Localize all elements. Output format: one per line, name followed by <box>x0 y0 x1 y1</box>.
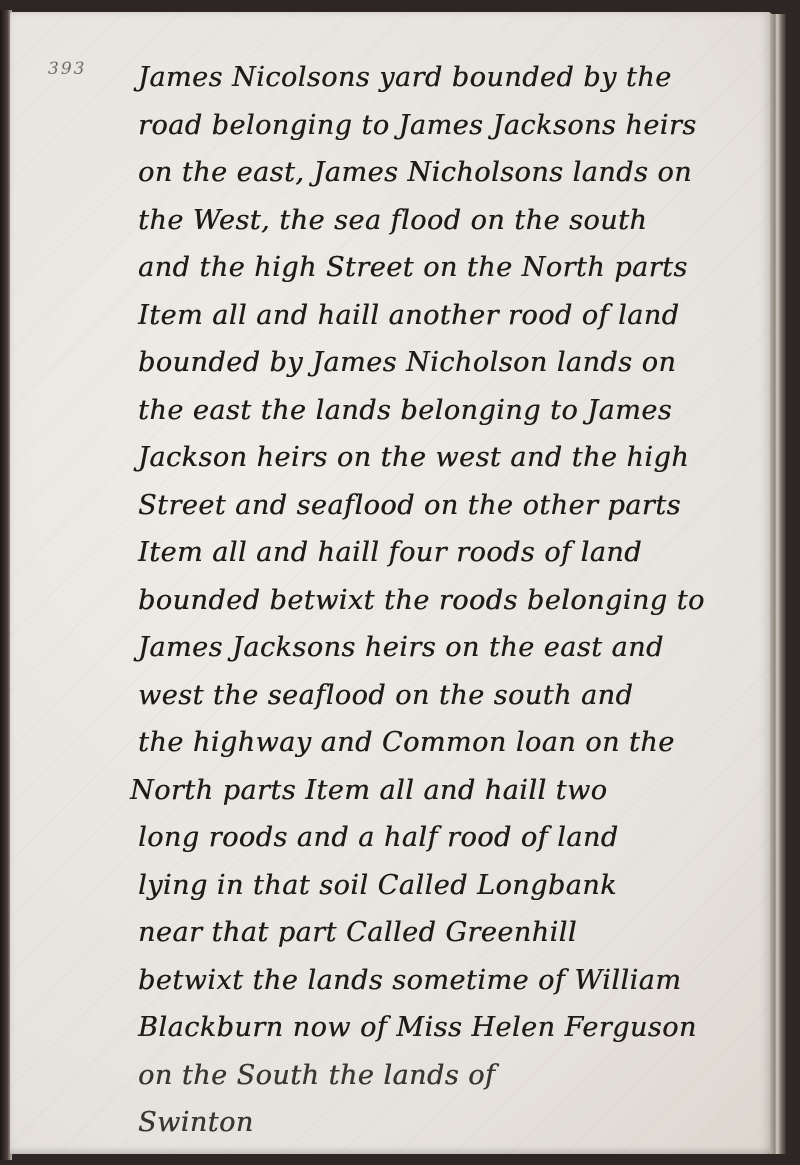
text-line: Item all and haill four roods of land <box>138 529 778 577</box>
text-line: road belonging to James Jacksons heirs <box>138 102 778 150</box>
text-line: bounded betwixt the roods belonging to <box>138 577 778 625</box>
text-line: betwixt the lands sometime of William <box>138 957 778 1005</box>
text-line: near that part Called Greenhill <box>138 909 778 957</box>
text-line: bounded by James Nicholson lands on <box>138 339 778 387</box>
text-line: the West, the sea flood on the south <box>138 197 778 245</box>
page-stack-edge <box>770 14 786 1154</box>
text-line: Street and seaflood on the other parts <box>138 482 778 530</box>
text-line: long roods and a half rood of land <box>138 814 778 862</box>
text-line: Blackburn now of Miss Helen Ferguson <box>138 1004 778 1052</box>
text-line: and the high Street on the North parts <box>138 244 778 292</box>
text-line: Item all and haill another rood of land <box>138 292 778 340</box>
text-line: on the South the lands of <box>138 1052 778 1100</box>
text-line: James Nicolsons yard bounded by the <box>138 54 778 102</box>
text-line: the east the lands belonging to James <box>138 387 778 435</box>
text-line: North parts Item all and haill two <box>130 767 778 815</box>
text-line: the highway and Common loan on the <box>138 719 778 767</box>
handwritten-text-block: James Nicolsons yard bounded by the road… <box>138 54 778 1147</box>
text-line: west the seaflood on the south and <box>138 672 778 720</box>
text-line: lying in that soil Called Longbank <box>138 862 778 910</box>
text-line: on the east, James Nicholsons lands on <box>138 149 778 197</box>
text-line: James Jacksons heirs on the east and <box>138 624 778 672</box>
text-line: Swinton <box>138 1099 778 1147</box>
text-line: Jackson heirs on the west and the high <box>138 434 778 482</box>
page-number: 393 <box>48 59 86 79</box>
manuscript-page: 393 James Nicolsons yard bounded by the … <box>10 12 772 1154</box>
